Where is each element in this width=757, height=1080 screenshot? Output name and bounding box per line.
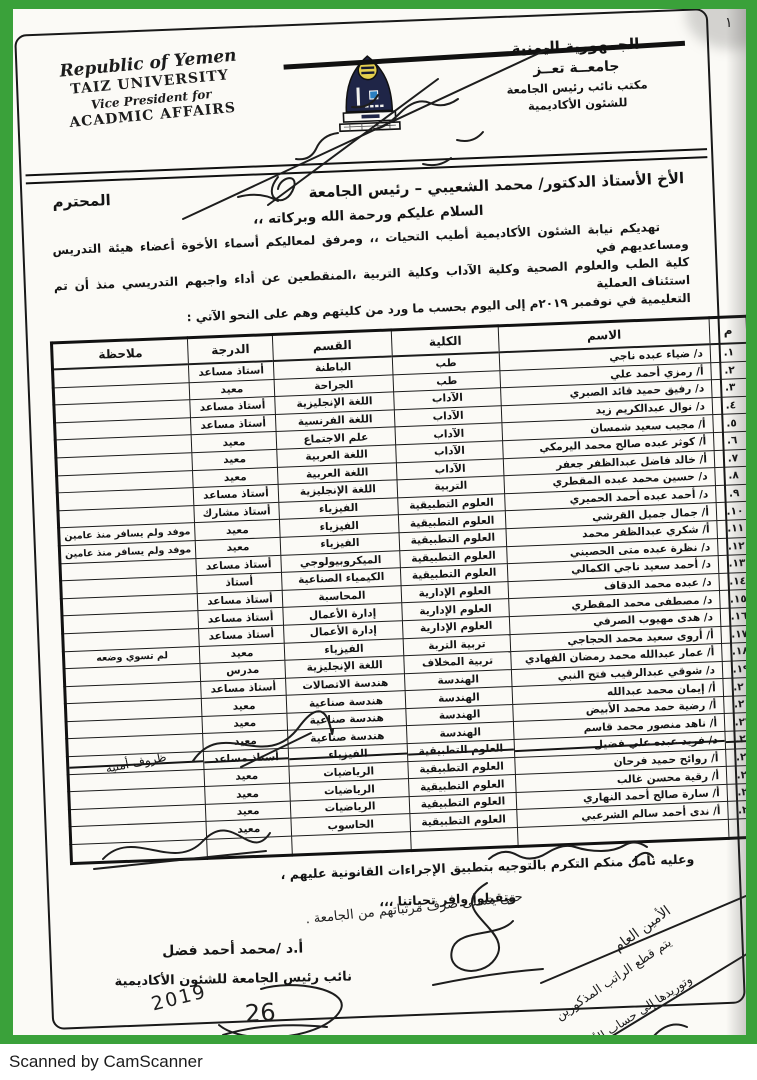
cell-no: ١٣.	[718, 554, 746, 573]
cell-no: ١٠.	[716, 501, 746, 520]
handwritten-page-mark: ١	[725, 15, 733, 31]
cell-no: ٢٣.	[725, 730, 746, 749]
cell-no: ١٩.	[722, 660, 746, 679]
scanned-document-page: Republic of Yemen TAIZ UNIVERSITY Vice P…	[0, 0, 757, 1080]
absentee-roster-table: م الاسم الكلية القسم الدرجة ملاحظة ١.د/ …	[50, 315, 746, 865]
signature-block: أ.د /محمد أحمد فضل نائب رئيس الجامعة للش…	[108, 939, 359, 989]
signatory-title: نائب رئيس الجامعة للشئون الأكاديمية	[108, 969, 358, 989]
col-header-degree: الدرجة	[187, 334, 273, 364]
cell-no: ١١.	[717, 519, 746, 538]
cell-no: ٢٤.	[726, 748, 746, 767]
cell-no: ١٤.	[719, 572, 746, 591]
cell-no: ١٢.	[717, 537, 746, 556]
cell-no: ٢٧.	[728, 800, 746, 819]
english-letterhead-stamp: Republic of Yemen TAIZ UNIVERSITY Vice P…	[38, 44, 264, 135]
cell-no: ١.	[710, 343, 746, 363]
roster-table-body: ١.د/ ضياء عبده ناجيطبالباطنةأستاذ مساعد٢…	[53, 343, 746, 863]
honorific: المحترم	[52, 191, 111, 211]
cell-no: ٨.	[715, 466, 746, 485]
cell-degree	[207, 836, 293, 858]
scanned-letter: Republic of Yemen TAIZ UNIVERSITY Vice P…	[13, 9, 746, 1035]
camscanner-watermark: Scanned by CamScanner	[9, 1052, 203, 1072]
cell-no: ٢١.	[724, 695, 746, 714]
cell-no: ٧.	[714, 449, 746, 468]
arabic-letterhead: الجمهورية اليمنية جامعــة تعــز مكتب نائ…	[458, 31, 696, 118]
cell-dept	[292, 832, 412, 855]
cell-no: ١٧.	[721, 625, 746, 644]
cell-no: ١٦.	[720, 607, 746, 626]
signatory-name: أ.د /محمد أحمد فضل	[108, 939, 358, 960]
cell-no: ٢٦.	[727, 783, 746, 802]
cell-no: ٢٥.	[726, 765, 746, 784]
col-header-number: م	[709, 316, 746, 344]
cell-no: ٢٠.	[723, 677, 746, 696]
cell-no: ٠	[728, 818, 746, 838]
cell-degree: أستاذ مساعد	[203, 748, 289, 769]
cell-no: ١٥.	[720, 589, 746, 608]
cell-no: ٦.	[713, 431, 746, 450]
cell-no: ٩.	[715, 484, 746, 503]
cell-no: ٢.	[711, 361, 746, 380]
letter-frame: Republic of Yemen TAIZ UNIVERSITY Vice P…	[14, 9, 746, 1030]
handwritten-stamp-number: 26	[244, 998, 276, 1028]
cell-no: ٥.	[713, 414, 746, 433]
cell-no: ٣.	[711, 378, 746, 397]
col-header-college: الكلية	[391, 326, 499, 357]
cell-college	[411, 827, 519, 850]
letterhead: Republic of Yemen TAIZ UNIVERSITY Vice P…	[16, 10, 711, 174]
cell-no: ٢٢.	[724, 712, 746, 731]
cell-no: ١٨.	[722, 642, 746, 661]
cell-no: ٤.	[712, 396, 746, 415]
